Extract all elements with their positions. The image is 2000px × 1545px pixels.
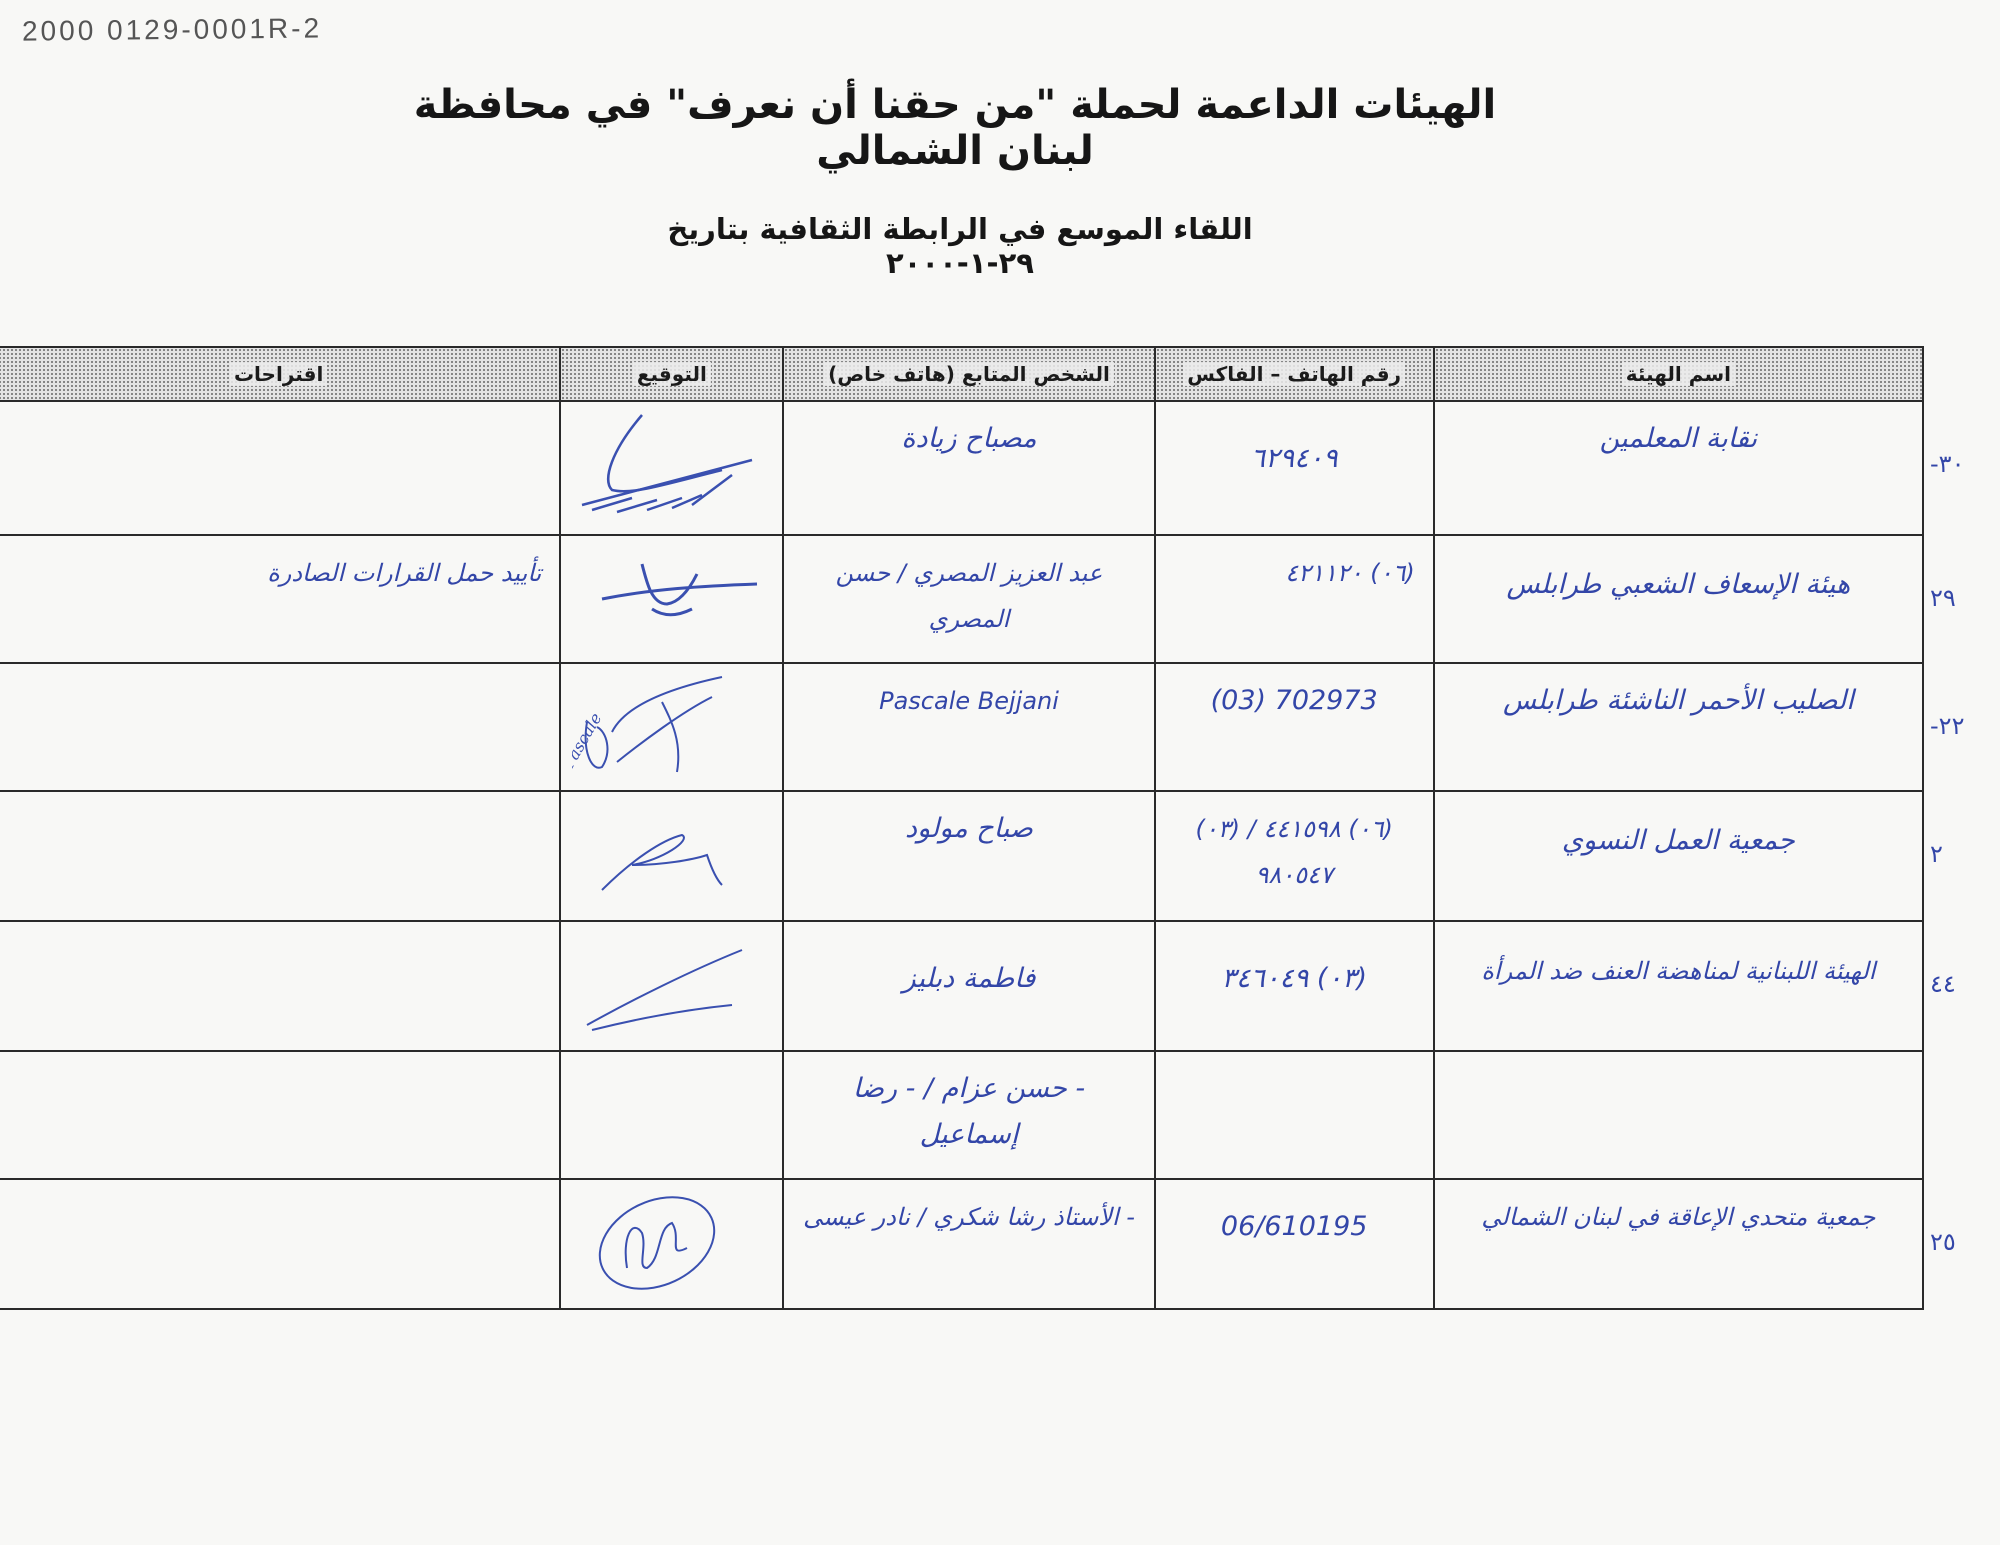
table-row: ٣٠- نقابة المعلمين ٦٢٩٤٠٩ مصباح زيادة bbox=[0, 401, 1923, 535]
cell-suggestions bbox=[0, 921, 560, 1051]
cell-signature bbox=[560, 1179, 783, 1309]
phone-fax-text: 06/610195 bbox=[1156, 1180, 1433, 1250]
phone-fax-text: (٠٣) ٣٤٦٠٤٩ bbox=[1156, 922, 1433, 1002]
cell-contact-person: عبد العزيز المصري / حسن المصري bbox=[783, 535, 1154, 663]
cell-contact-person: - حسن عزام / - رضا إسماعيل bbox=[783, 1051, 1154, 1179]
cell-org-name: ٣٠- نقابة المعلمين bbox=[1434, 401, 1923, 535]
cell-suggestions bbox=[0, 663, 560, 791]
row-number: ٢٥ bbox=[1930, 1228, 1986, 1256]
table-row: - حسن عزام / - رضا إسماعيل bbox=[0, 1051, 1923, 1179]
suggestions-text bbox=[0, 922, 559, 936]
row-number: ٢٢- bbox=[1930, 712, 1986, 740]
suggestions-text bbox=[0, 1052, 559, 1066]
header-contact-person: الشخص المتابع (هاتف خاص) bbox=[783, 347, 1154, 401]
header-suggestions: اقتراحات bbox=[0, 347, 560, 401]
contact-person-text: فاطمة دبليز bbox=[784, 922, 1153, 1002]
row-number: ٤٤ bbox=[1930, 970, 1986, 998]
org-name-text: نقابة المعلمين bbox=[1435, 402, 1922, 462]
cell-signature bbox=[560, 401, 783, 535]
table-row: ٢٢- الصليب الأحمر الناشئة طرابلس (03) 70… bbox=[0, 663, 1923, 791]
header-signature: التوقيع bbox=[560, 347, 783, 401]
signature-icon bbox=[572, 410, 772, 520]
cell-org-name: ٢ جمعية العمل النسوي bbox=[1434, 791, 1923, 921]
cell-signature bbox=[560, 921, 783, 1051]
phone-fax-text: (٠٦) ٤٢١١٢٠ bbox=[1156, 536, 1433, 596]
contact-person-text: - حسن عزام / - رضا إسماعيل bbox=[784, 1052, 1153, 1158]
signature-icon bbox=[572, 544, 772, 644]
cell-phone-fax: (03) 702973 bbox=[1155, 663, 1434, 791]
cell-signature bbox=[560, 1051, 783, 1179]
cell-phone-fax: ٦٢٩٤٠٩ bbox=[1155, 401, 1434, 535]
signature-icon bbox=[572, 1188, 772, 1298]
cell-suggestions bbox=[0, 1051, 560, 1179]
table-row: ٢٥ جمعية متحدي الإعاقة في لبنان الشمالي … bbox=[0, 1179, 1923, 1309]
phone-fax-text: (03) 702973 bbox=[1156, 664, 1433, 724]
suggestions-text bbox=[0, 402, 559, 416]
cell-org-name: ٢٢- الصليب الأحمر الناشئة طرابلس bbox=[1434, 663, 1923, 791]
contact-person-text: مصباح زيادة bbox=[784, 402, 1153, 462]
page-subtitle: اللقاء الموسع في الرابطة الثقافية بتاريخ… bbox=[600, 212, 1320, 280]
contact-person-text: عبد العزيز المصري / حسن المصري bbox=[784, 536, 1153, 642]
cell-suggestions bbox=[0, 791, 560, 921]
cell-signature bbox=[560, 791, 783, 921]
org-name-text: جمعية العمل النسوي bbox=[1435, 792, 1922, 864]
phone-fax-text: ٦٢٩٤٠٩ bbox=[1156, 402, 1433, 482]
page-title: الهيئات الداعمة لحملة "من حقنا أن نعرف" … bbox=[390, 82, 1520, 174]
table-row: ٢ جمعية العمل النسوي (٠٦) ٤٤١٥٩٨ / (٠٣) … bbox=[0, 791, 1923, 921]
suggestions-text bbox=[0, 664, 559, 678]
cell-org-name bbox=[1434, 1051, 1923, 1179]
cell-contact-person: مصباح زيادة bbox=[783, 401, 1154, 535]
suggestions-text: تأييد حمل القرارات الصادرة bbox=[0, 536, 559, 596]
suggestions-text bbox=[0, 792, 559, 806]
cell-contact-person: - الأستاذ رشا شكري / نادر عيسى bbox=[783, 1179, 1154, 1309]
document-reference-number: 2000 0129-0001R-2 bbox=[22, 12, 322, 47]
row-number: ٢ bbox=[1930, 840, 1986, 868]
signature-icon: Pascale bbox=[572, 672, 772, 782]
cell-phone-fax: (٠٣) ٣٤٦٠٤٩ bbox=[1155, 921, 1434, 1051]
org-name-text bbox=[1435, 1052, 1922, 1066]
suggestions-text bbox=[0, 1180, 559, 1194]
svg-text:Pascale: Pascale bbox=[572, 710, 605, 773]
phone-fax-text: (٠٦) ٤٤١٥٩٨ / (٠٣) ٩٨٠٥٤٧ bbox=[1156, 792, 1433, 898]
cell-org-name: ٢٩ هيئة الإسعاف الشعبي طرابلس bbox=[1434, 535, 1923, 663]
cell-phone-fax: (٠٦) ٤٢١١٢٠ bbox=[1155, 535, 1434, 663]
organizations-table: اسم الهيئة رقم الهاتف – الفاكس الشخص الم… bbox=[0, 346, 1924, 1310]
org-name-text: هيئة الإسعاف الشعبي طرابلس bbox=[1435, 536, 1922, 608]
cell-phone-fax bbox=[1155, 1051, 1434, 1179]
header-org-name: اسم الهيئة bbox=[1434, 347, 1923, 401]
cell-org-name: ٢٥ جمعية متحدي الإعاقة في لبنان الشمالي bbox=[1434, 1179, 1923, 1309]
phone-fax-text bbox=[1156, 1052, 1433, 1066]
table-row: ٤٤ الهيئة اللبنانية لمناهضة العنف ضد الم… bbox=[0, 921, 1923, 1051]
cell-phone-fax: 06/610195 bbox=[1155, 1179, 1434, 1309]
org-name-text: الصليب الأحمر الناشئة طرابلس bbox=[1435, 664, 1922, 724]
org-name-text: جمعية متحدي الإعاقة في لبنان الشمالي bbox=[1435, 1180, 1922, 1240]
contact-person-text: - الأستاذ رشا شكري / نادر عيسى bbox=[784, 1180, 1153, 1240]
cell-suggestions bbox=[0, 401, 560, 535]
contact-person-text: صباح مولود bbox=[784, 792, 1153, 852]
cell-org-name: ٤٤ الهيئة اللبنانية لمناهضة العنف ضد الم… bbox=[1434, 921, 1923, 1051]
cell-signature: Pascale bbox=[560, 663, 783, 791]
cell-contact-person: صباح مولود bbox=[783, 791, 1154, 921]
table-header-row: اسم الهيئة رقم الهاتف – الفاكس الشخص الم… bbox=[0, 347, 1923, 401]
row-number: ٢٩ bbox=[1930, 584, 1986, 612]
org-name-text: الهيئة اللبنانية لمناهضة العنف ضد المرأة bbox=[1435, 922, 1922, 994]
contact-person-text: Pascale Bejjani bbox=[784, 664, 1153, 724]
cell-phone-fax: (٠٦) ٤٤١٥٩٨ / (٠٣) ٩٨٠٥٤٧ bbox=[1155, 791, 1434, 921]
cell-suggestions: تأييد حمل القرارات الصادرة bbox=[0, 535, 560, 663]
cell-contact-person: فاطمة دبليز bbox=[783, 921, 1154, 1051]
cell-signature bbox=[560, 535, 783, 663]
signature-icon bbox=[572, 800, 772, 910]
table-row: ٢٩ هيئة الإسعاف الشعبي طرابلس (٠٦) ٤٢١١٢… bbox=[0, 535, 1923, 663]
cell-contact-person: Pascale Bejjani bbox=[783, 663, 1154, 791]
header-phone-fax: رقم الهاتف – الفاكس bbox=[1155, 347, 1434, 401]
signature-icon bbox=[572, 930, 772, 1040]
row-number: ٣٠- bbox=[1930, 450, 1986, 478]
cell-suggestions bbox=[0, 1179, 560, 1309]
